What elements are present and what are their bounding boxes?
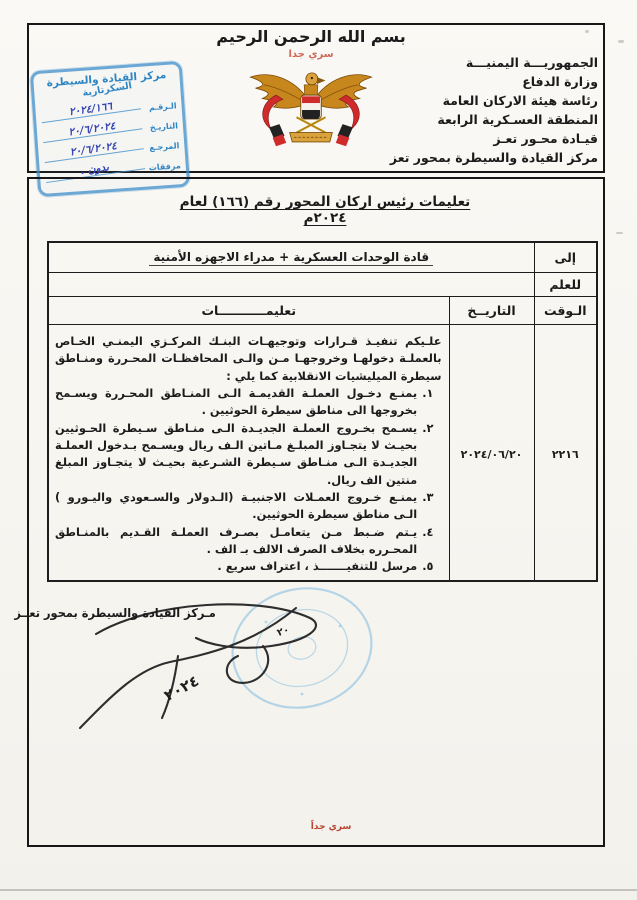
item-text: يـتم ضـبط مـن يتعامـل بصـرف العملـة القـ… [55,524,417,559]
document-page: بسم الله الرحمن الرحيم سري جدا الجمه [0,0,637,900]
instruction-item: ٤. يـتم ضـبط مـن يتعامـل بصـرف العملـة ا… [55,524,442,559]
to-value-text: قادة الوحدات العسكرية + مدراء الاجهزه ال… [149,250,433,266]
item-number: ٢. [422,420,433,489]
stamp-field-label: مرفقات [148,161,181,172]
to-label-cell: إلى [534,242,597,272]
item-number: ٤. [422,524,433,559]
item-text: يسـمح بخـروج العملـة الجديـدة الـى منـاط… [55,420,417,489]
instructions-intro: علـيكم تنفيـذ قـرارات وتوجيهـات البنـك ا… [55,333,442,385]
yemen-emblem-icon [247,60,375,154]
scan-speck [585,30,589,33]
table-header-row: الـوقت التاريــخ تعليمـــــــــــات [48,296,597,324]
instructions-cell: علـيكم تنفيـذ قـرارات وتوجيهـات البنـك ا… [48,324,449,581]
table-row-to: إلى قادة الوحدات العسكرية + مدراء الاجهز… [48,242,597,272]
letterhead-line: المنطقة العسـكرية الرابعة [390,110,598,129]
item-text: مرسل للتنفيـــــــذ ، اعتراف سريع . [55,558,417,575]
table-body-row: ٢٢١٦ ٢٠٢٤/٠٦/٢٠ علـيكم تنفيـذ قـرارات وت… [48,324,597,581]
letterhead-line: الجمهوريـــة اليمنيـــة [390,53,598,72]
instructions-header-cell: تعليمـــــــــــات [48,296,449,324]
cc-label-cell: للعلم [534,272,597,296]
letterhead: الجمهوريـــة اليمنيـــة وزارة الدفاع رئا… [390,53,598,167]
item-number: ٣. [422,489,433,524]
item-number: ٥. [422,558,433,575]
secret-classification-bottom: سري جداً [296,822,366,832]
signature-scribble-icon: ٢٠٢٤ ٢٠ [58,592,358,737]
letterhead-line: وزارة الدفاع [390,72,598,91]
scan-speck [616,232,623,234]
round-stamp-text: مركز القيادة والسيطرة [226,582,231,585]
instruction-item: ٢. يسـمح بخـروج العملـة الجديـدة الـى من… [55,420,442,489]
scan-edge-line [0,889,637,891]
item-text: يمنـع دخـول العملـة القديمـة الـى المنـا… [55,385,417,420]
table-row-cc: للعلم [48,272,597,296]
svg-text:مركز القيادة والسيطرة: مركز القيادة والسيطرة [226,582,231,585]
time-value-cell: ٢٢١٦ [534,324,597,581]
instruction-item: ٥. مرسل للتنفيـــــــذ ، اعتراف سريع . [55,558,442,575]
cc-value-cell [48,272,534,296]
scan-speck [618,40,624,43]
to-value-cell: قادة الوحدات العسكرية + مدراء الاجهزه ال… [48,242,534,272]
instruction-item: ٣. يمنـع خـروج العمـلات الاجنبيـة (الـدو… [55,489,442,524]
signature-small-mark: ٢٠ [276,624,291,639]
orders-table: إلى قادة الوحدات العسكرية + مدراء الاجهز… [47,241,598,582]
letterhead-line: مركز القيادة والسيطرة بمحور تعز [390,148,598,167]
item-number: ١. [422,385,433,420]
signature-year-handwriting: ٢٠٢٤ [161,672,202,705]
letterhead-line: قيـادة محـور تعـز [390,129,598,148]
date-value-cell: ٢٠٢٤/٠٦/٢٠ [449,324,534,581]
secret-classification-top: سري جدا [201,49,421,60]
letterhead-line: رئاسة هيئة الاركان العامة [390,91,598,110]
date-header-cell: التاريــخ [449,296,534,324]
bismillah-text: بسم الله الرحمن الرحيم [201,27,421,46]
instruction-item: ١. يمنـع دخـول العملـة القديمـة الـى الم… [55,385,442,420]
time-header-cell: الـوقت [534,296,597,324]
item-text: يمنـع خـروج العمـلات الاجنبيـة (الـدولار… [55,489,417,524]
